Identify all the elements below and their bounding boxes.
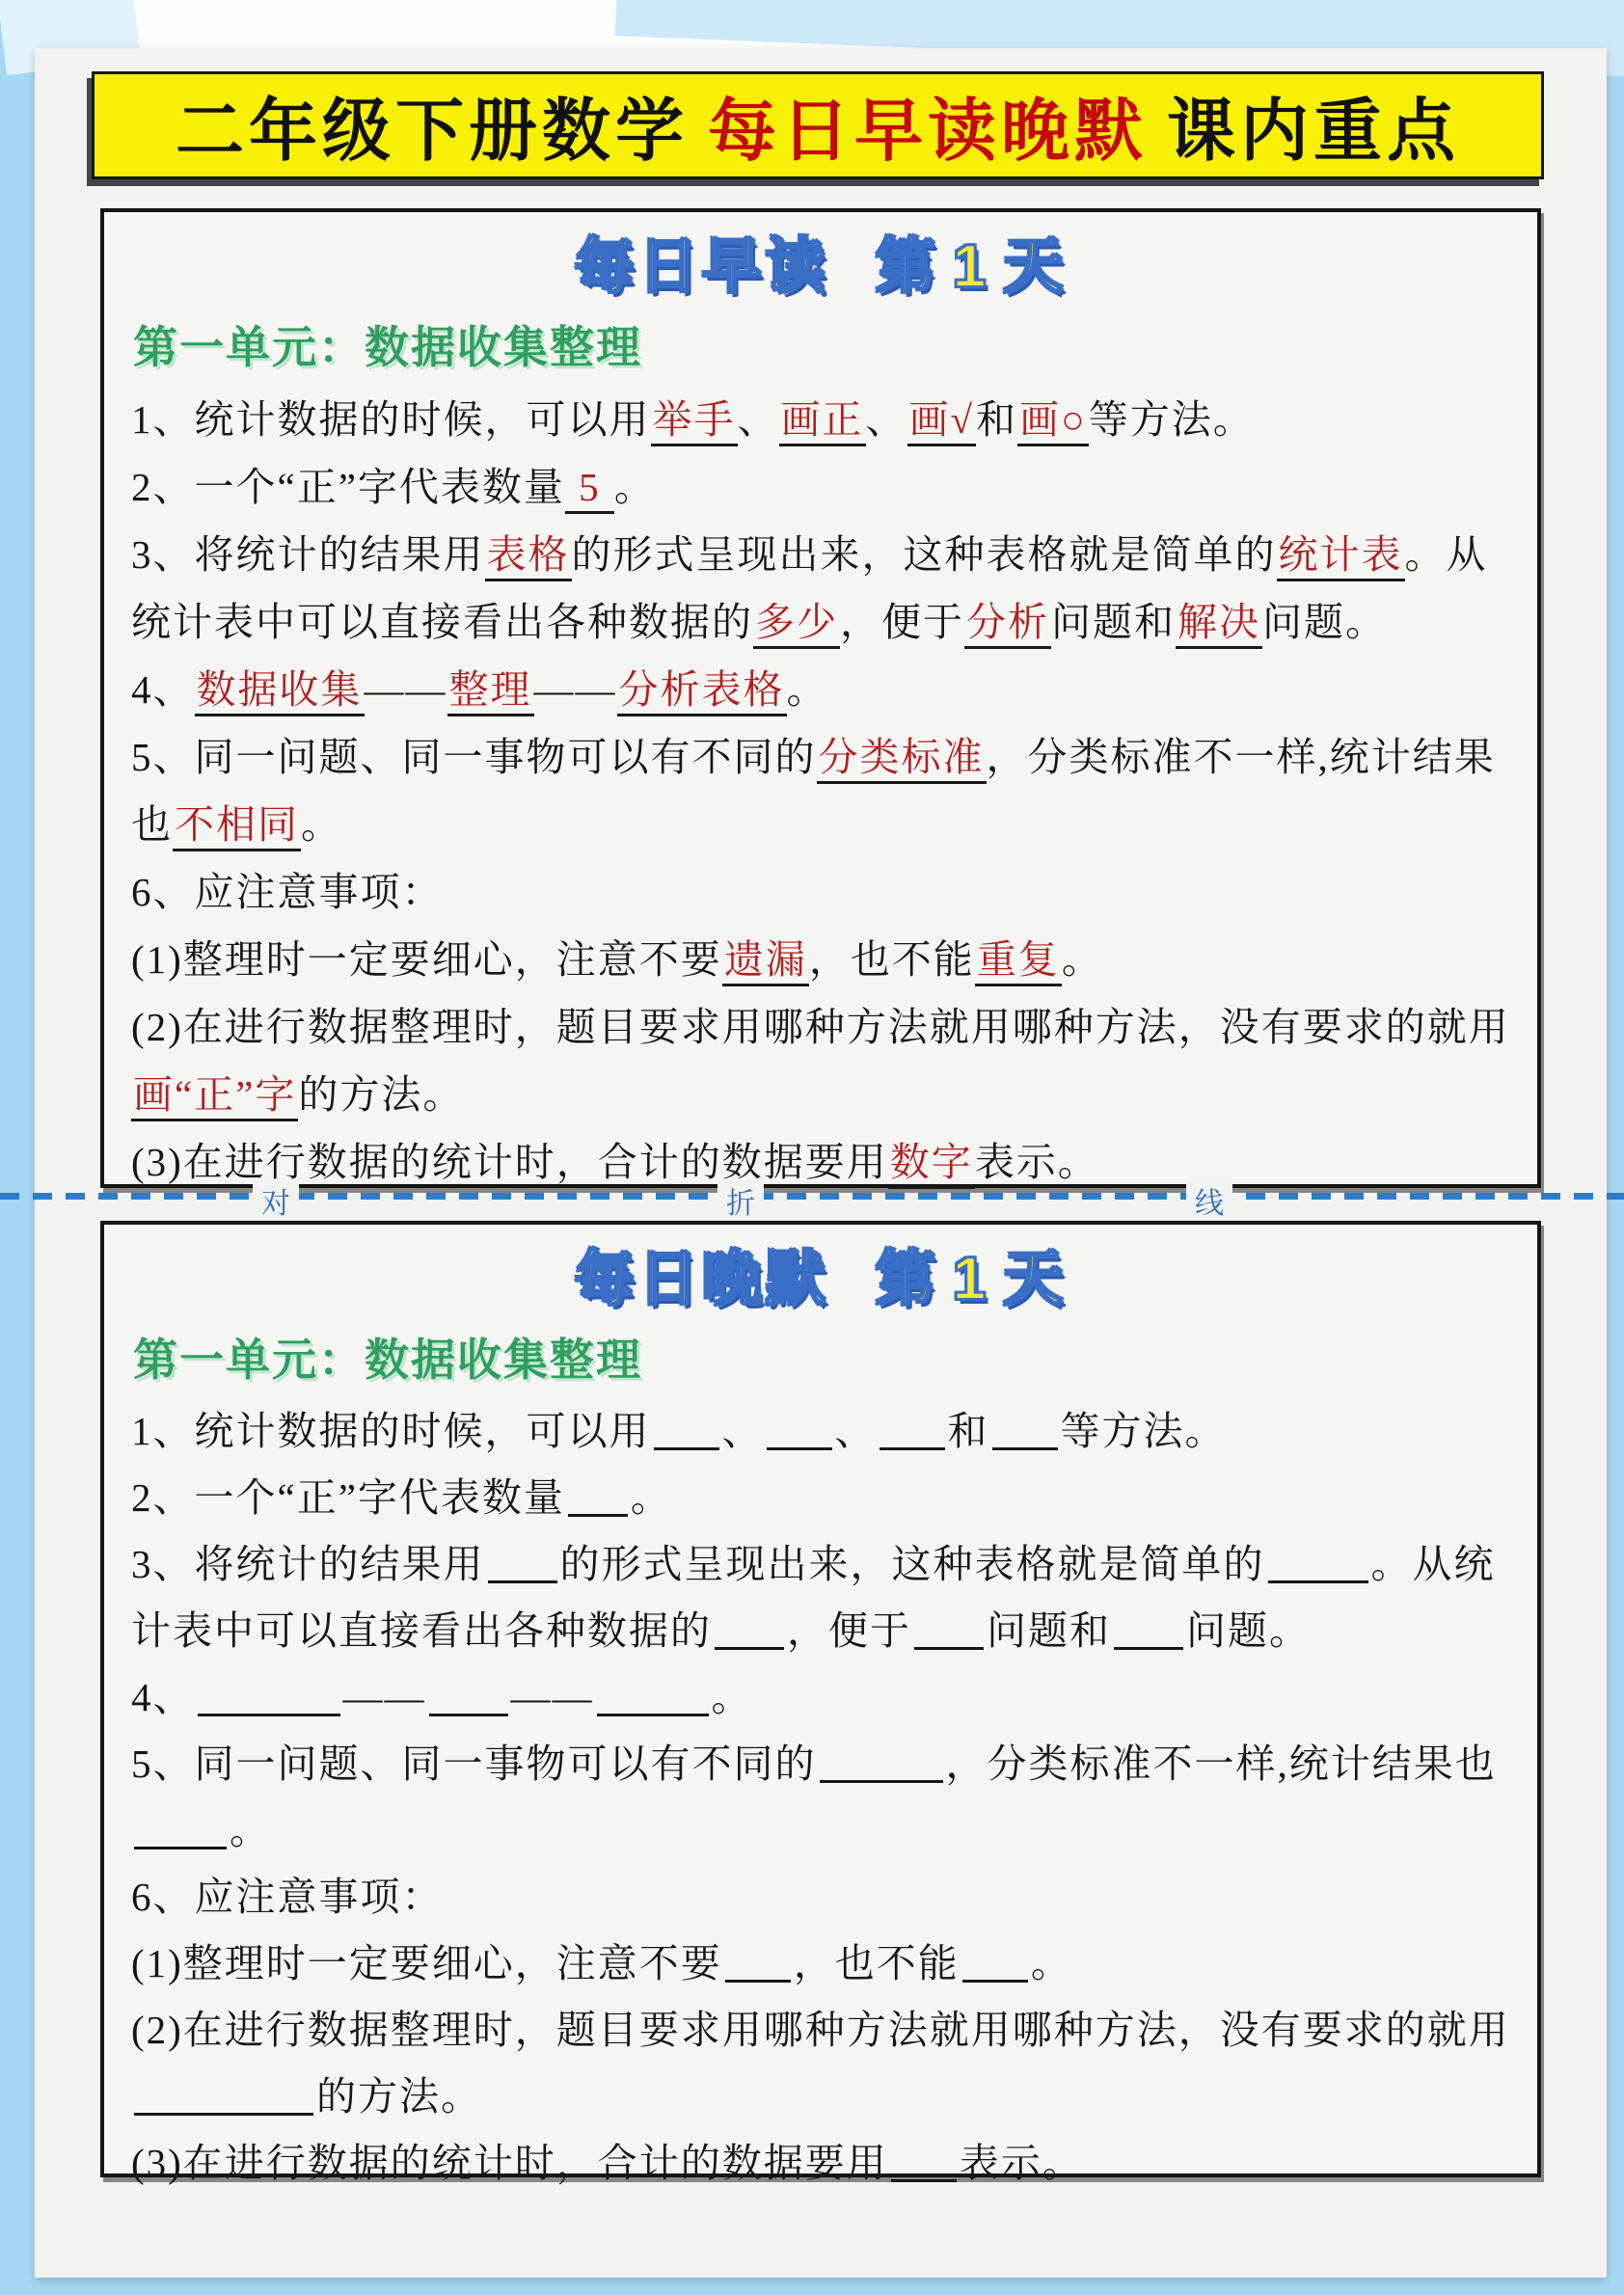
blank-segment: [1268, 1542, 1368, 1583]
blank-segment: [820, 1741, 943, 1783]
text-segment: 问题和: [987, 1608, 1111, 1653]
text-segment: 5、同一问题、同一事物可以有不同的: [131, 735, 817, 779]
text-segment: 。: [1031, 1941, 1072, 1985]
fold-char: 折: [717, 1179, 764, 1222]
text-segment: (2)在进行数据整理时，题目要求用哪种方法就用哪种方法，没有要求的就用: [131, 2008, 1510, 2052]
answer-segment: 整理: [447, 667, 534, 716]
text-segment: ——: [365, 667, 447, 712]
text-segment: 、: [835, 1409, 877, 1453]
text-segment: 问题和: [1051, 600, 1176, 644]
title-char: 晚: [702, 1246, 766, 1312]
title-char: 第: [876, 1246, 939, 1312]
blank-segment: [962, 1941, 1028, 1983]
content-line: 4、————。: [131, 1664, 1510, 1731]
text-segment: 5、同一问题、同一事物可以有不同的: [131, 1741, 817, 1786]
content-line: 1、统计数据的时候，可以用、、和等方法。: [131, 1398, 1510, 1465]
text-segment: 2、一个“正”字代表数量: [131, 1475, 565, 1520]
blank-segment: [715, 1608, 784, 1650]
title-char: 日: [638, 1246, 702, 1312]
text-segment: 6、应注意事项：: [131, 1875, 444, 1919]
title-char: 第: [876, 233, 939, 300]
fold-line: 对折线: [0, 1178, 1624, 1213]
panel-title-evening: 每日晚默第1天: [131, 1242, 1510, 1317]
text-segment: 。: [631, 1475, 672, 1520]
blank-segment: [429, 1675, 508, 1716]
unit-heading: 第一单元：数据收集整理: [133, 312, 1510, 376]
title-char: 1: [953, 1246, 989, 1312]
content-line: 2、一个“正”字代表数量 5 。: [131, 453, 1510, 521]
text-segment: ，也不能: [809, 937, 975, 982]
fold-dash-line: [0, 1193, 1624, 1200]
text-segment: 表示。: [960, 2141, 1084, 2185]
title-char: 读: [766, 233, 829, 300]
text-segment: (1)整理时一定要细心，注意不要: [131, 937, 722, 982]
text-segment: 表示。: [975, 1140, 1099, 1184]
answer-segment: 遗漏: [722, 937, 809, 986]
answer-segment: 举手: [651, 397, 738, 446]
blank-segment: [134, 2074, 313, 2116]
text-segment: ——: [534, 667, 617, 712]
text-segment: 等方法。: [1061, 1409, 1227, 1453]
blank-segment: [597, 1675, 709, 1716]
content-line: 5、同一问题、同一事物可以有不同的，分类标准不一样,统计结果也。: [131, 1731, 1510, 1864]
text-segment: 、: [722, 1409, 764, 1453]
content-line: (1)整理时一定要细心，注意不要遗漏，也不能重复。: [131, 926, 1510, 993]
text-segment: ——: [511, 1675, 594, 1719]
text-segment: 和: [976, 397, 1017, 442]
content-line: 6、应注意事项：: [131, 1864, 1510, 1930]
title-banner: 二年级下册数学 每日早读晚默 课内重点: [92, 71, 1544, 179]
title-char: 1: [953, 233, 989, 300]
answer-segment: 分析表格: [617, 667, 787, 716]
answer-segment: 画○: [1017, 397, 1089, 446]
title-char: 默: [766, 1246, 829, 1312]
title-char: 天: [1003, 1246, 1067, 1312]
lines-container: 1、统计数据的时候，可以用举手、画正、画√和画○等方法。2、一个“正”字代表数量…: [131, 386, 1510, 1196]
answer-segment: 分析: [964, 600, 1051, 649]
blank-segment: [1114, 1608, 1183, 1650]
blank-segment: [725, 1941, 791, 1983]
content-line: 4、数据收集——整理——分析表格。: [131, 656, 1510, 723]
panel-morning-reading: 每日早读第1天 第一单元：数据收集整理 1、统计数据的时候，可以用举手、画正、画…: [100, 208, 1541, 1188]
blank-segment: [767, 1409, 832, 1450]
text-segment: 。: [1062, 937, 1103, 982]
title-char: 每: [575, 233, 638, 300]
text-segment: 4、: [131, 1675, 195, 1719]
blank-segment: [880, 1409, 945, 1450]
text-segment: ——: [343, 1675, 426, 1719]
answer-segment: 数据收集: [195, 667, 365, 716]
content-line: 3、将统计的结果用的形式呈现出来，这种表格就是简单的。从统计表中可以直接看出各种…: [131, 1531, 1510, 1664]
title-char: 天: [1003, 233, 1067, 300]
panel-title-morning: 每日早读第1天: [131, 229, 1510, 305]
text-segment: (1)整理时一定要细心，注意不要: [131, 1941, 722, 1985]
answer-segment: 统计表: [1277, 532, 1405, 581]
text-segment: 3、将统计的结果用: [131, 532, 485, 577]
text-segment: 的形式呈现出来，这种表格就是简单的: [572, 532, 1277, 577]
text-segment: 、: [866, 397, 907, 442]
panel-evening-dictation: 每日晚默第1天 第一单元：数据收集整理 1、统计数据的时候，可以用、、和等方法。…: [100, 1221, 1541, 2177]
text-segment: ，分类标准不一样,统计结果也: [946, 1741, 1497, 1786]
answer-segment: 解决: [1176, 600, 1262, 649]
blank-segment: [992, 1409, 1058, 1450]
blank-segment: [134, 1808, 227, 1849]
banner-grade-subject: 二年级下册数学: [176, 76, 689, 175]
text-segment: 和: [948, 1409, 989, 1453]
title-char: 早: [702, 233, 766, 300]
blank-segment: [198, 1675, 340, 1716]
answer-segment: 多少: [753, 600, 840, 649]
answer-segment: 画√: [907, 397, 977, 446]
title-char: 日: [638, 233, 702, 300]
text-segment: ，便于: [787, 1608, 911, 1653]
text-segment: 4、: [131, 667, 195, 712]
blank-segment: [654, 1409, 719, 1450]
text-segment: 问题。: [1262, 600, 1387, 644]
answer-segment: 分类标准: [817, 735, 987, 784]
text-segment: 。: [614, 465, 656, 509]
banner-highlight: 每日早读晚默: [708, 76, 1148, 175]
blank-segment: [914, 1608, 984, 1650]
text-segment: 1、统计数据的时候，可以用: [131, 397, 651, 442]
text-segment: 的方法。: [316, 2074, 482, 2119]
blank-segment: [891, 2141, 957, 2182]
text-segment: 1、统计数据的时候，可以用: [131, 1409, 651, 1453]
text-segment: 、: [738, 397, 779, 442]
text-segment: (2)在进行数据整理时，题目要求用哪种方法就用哪种方法，没有要求的就用: [131, 1005, 1510, 1049]
answer-segment: 5: [565, 465, 614, 514]
content-line: (1)整理时一定要细心，注意不要，也不能。: [131, 1930, 1510, 1997]
content-line: 1、统计数据的时候，可以用举手、画正、画√和画○等方法。: [131, 386, 1510, 453]
unit-heading: 第一单元：数据收集整理: [133, 1325, 1510, 1389]
content-line: 3、将统计的结果用表格的形式呈现出来，这种表格就是简单的统计表。从统计表中可以直…: [131, 521, 1510, 656]
text-segment: 6、应注意事项：: [131, 870, 444, 914]
text-segment: 。: [301, 802, 342, 847]
banner-suffix: 课内重点: [1167, 76, 1460, 175]
fold-char: 线: [1186, 1179, 1232, 1222]
blank-segment: [488, 1542, 557, 1583]
answer-segment: 重复: [975, 937, 1062, 986]
blank-segment: [568, 1475, 628, 1517]
content-line: (3)在进行数据的统计时，合计的数据要用表示。: [131, 2130, 1510, 2197]
answer-segment: 表格: [485, 532, 572, 581]
text-segment: 的形式呈现出来，这种表格就是简单的: [560, 1542, 1265, 1586]
lines-container: 1、统计数据的时候，可以用、、和等方法。2、一个“正”字代表数量。3、将统计的结…: [131, 1398, 1510, 2197]
content-line: 6、应注意事项：: [131, 858, 1510, 926]
title-char: 每: [575, 1246, 638, 1312]
text-segment: 2、一个“正”字代表数量: [131, 465, 565, 509]
text-segment: 的方法。: [298, 1072, 464, 1117]
text-segment: ，便于: [840, 600, 964, 644]
answer-segment: 不相同: [173, 802, 301, 851]
text-segment: ，也不能: [794, 1941, 960, 1985]
text-segment: 。: [712, 1675, 753, 1719]
content-line: 2、一个“正”字代表数量。: [131, 1465, 1510, 1531]
answer-segment: 画正: [779, 397, 866, 446]
text-segment: 问题。: [1186, 1608, 1311, 1653]
text-segment: 等方法。: [1089, 397, 1255, 442]
text-segment: 。: [787, 667, 828, 712]
text-segment: (3)在进行数据的统计时，合计的数据要用: [131, 1140, 888, 1184]
answer-segment: 画“正”字: [131, 1072, 298, 1121]
content-line: (2)在进行数据整理时，题目要求用哪种方法就用哪种方法，没有要求的就用的方法。: [131, 1997, 1510, 2130]
content-line: (2)在进行数据整理时，题目要求用哪种方法就用哪种方法，没有要求的就用画“正”字…: [131, 993, 1510, 1128]
text-segment: (3)在进行数据的统计时，合计的数据要用: [131, 2141, 888, 2185]
content-line: 5、同一问题、同一事物可以有不同的分类标准，分类标准不一样,统计结果也不相同。: [131, 723, 1510, 858]
fold-char: 对: [253, 1179, 299, 1222]
text-segment: 3、将统计的结果用: [131, 1542, 485, 1586]
text-segment: 。: [230, 1808, 271, 1852]
